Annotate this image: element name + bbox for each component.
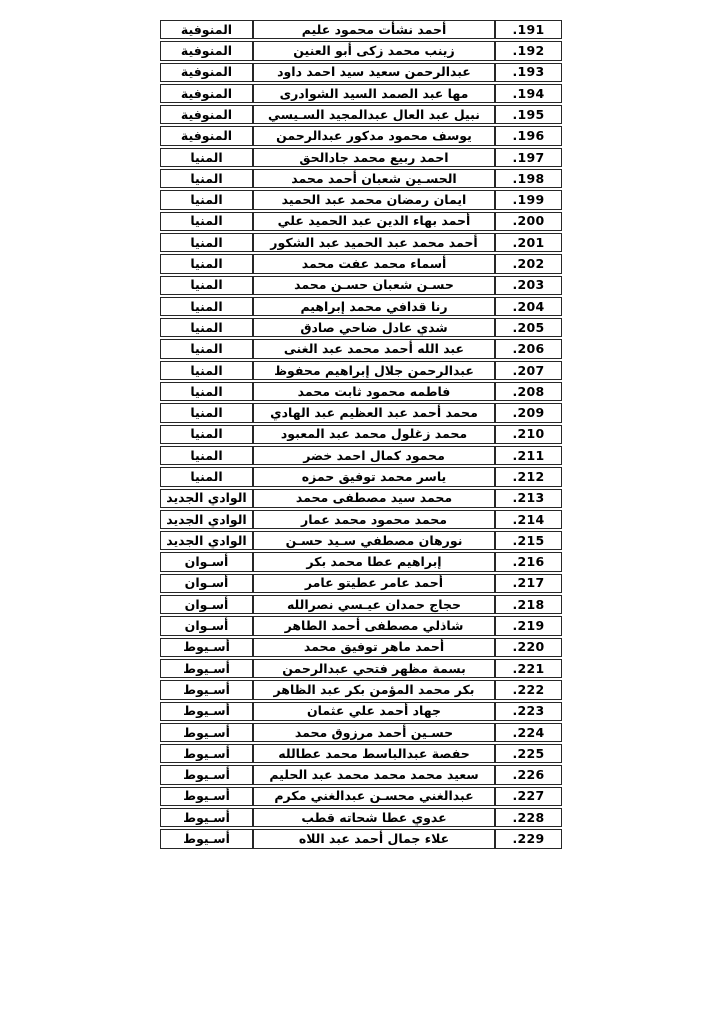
row-number-cell: .206 [495, 339, 562, 358]
table-row: .217 أحمد عامر عطيتو عامر أسـوان [160, 574, 562, 593]
person-name-cell: عبد الله أحمد محمد عبد الغنى [253, 339, 495, 358]
table-row: .194 مها عبد الصمد السيد الشوادرى المنوف… [160, 84, 562, 103]
governorate-cell: الوادي الجديد [160, 489, 253, 508]
person-name-cell: عبدالرحمن سعيد سيد احمد داود [253, 63, 495, 82]
person-name-cell: جهاد أحمد علي عثمان [253, 702, 495, 721]
table-row: .205 شدي عادل ضاحي صادق المنيا [160, 318, 562, 337]
table-row: .204 رنا قدافي محمد إبراهيم المنيا [160, 297, 562, 316]
person-name-cell: أحمد نشأت محمود عليم [253, 20, 495, 39]
names-table: .191 أحمد نشأت محمود عليم المنوفية .192 … [160, 18, 562, 851]
person-name-cell: احمد ربيع محمد جادالحق [253, 148, 495, 167]
governorate-cell: المنوفية [160, 41, 253, 60]
person-name-cell: عبدالغني محسـن عبدالغني مكرم [253, 787, 495, 806]
governorate-cell: الوادي الجديد [160, 510, 253, 529]
person-name-cell: سعيد محمد محمد محمد عبد الحليم [253, 765, 495, 784]
table-row: .227 عبدالغني محسـن عبدالغني مكرم أسـيوط [160, 787, 562, 806]
table-row: .225 حفصة عبدالباسط محمد عطالله أسـيوط [160, 744, 562, 763]
row-number-cell: .210 [495, 425, 562, 444]
governorate-cell: المنيا [160, 318, 253, 337]
table-row: .208 فاطمه محمود ثابت محمد المنيا [160, 382, 562, 401]
governorate-cell: المنيا [160, 361, 253, 380]
governorate-cell: المنيا [160, 169, 253, 188]
table-row: .219 شاذلي مصطفى أحمد الطاهر أسـوان [160, 616, 562, 635]
table-row: .207 عبدالرحمن جلال إبراهيم محفوظ المنيا [160, 361, 562, 380]
governorate-cell: أسـيوط [160, 787, 253, 806]
row-number-cell: .194 [495, 84, 562, 103]
row-number-cell: .193 [495, 63, 562, 82]
governorate-cell: أسـيوط [160, 723, 253, 742]
person-name-cell: نورهان مصطفي سـيد حسـن [253, 531, 495, 550]
row-number-cell: .211 [495, 446, 562, 465]
table-row: .200 أحمد بهاء الدين عبد الحميد علي المن… [160, 212, 562, 231]
row-number-cell: .212 [495, 467, 562, 486]
row-number-cell: .222 [495, 680, 562, 699]
governorate-cell: أسـوان [160, 595, 253, 614]
governorate-cell: المنوفية [160, 63, 253, 82]
person-name-cell: زينب محمد زكى أبو العنين [253, 41, 495, 60]
row-number-cell: .227 [495, 787, 562, 806]
row-number-cell: .195 [495, 105, 562, 124]
person-name-cell: محمد أحمد عبد العظيم عبد الهادي [253, 403, 495, 422]
person-name-cell: عدوي عطا شحاته قطب [253, 808, 495, 827]
person-name-cell: أحمد بهاء الدين عبد الحميد علي [253, 212, 495, 231]
row-number-cell: .217 [495, 574, 562, 593]
governorate-cell: المنوفية [160, 105, 253, 124]
table-row: .218 حجاج حمدان عيـسي نصرالله أسـوان [160, 595, 562, 614]
table-row: .197 احمد ربيع محمد جادالحق المنيا [160, 148, 562, 167]
person-name-cell: إبراهيم عطا محمد بكر [253, 552, 495, 571]
row-number-cell: .218 [495, 595, 562, 614]
person-name-cell: محمد زغلول محمد عبد المعبود [253, 425, 495, 444]
row-number-cell: .220 [495, 638, 562, 657]
governorate-cell: أسـيوط [160, 680, 253, 699]
table-body: .191 أحمد نشأت محمود عليم المنوفية .192 … [160, 20, 562, 849]
governorate-cell: أسـيوط [160, 829, 253, 848]
person-name-cell: حسـين أحمد مرزوق محمد [253, 723, 495, 742]
row-number-cell: .209 [495, 403, 562, 422]
person-name-cell: علاء جمال أحمد عبد اللاه [253, 829, 495, 848]
governorate-cell: المنيا [160, 297, 253, 316]
person-name-cell: الحسـين شعبان أحمد محمد [253, 169, 495, 188]
governorate-cell: أسـيوط [160, 659, 253, 678]
governorate-cell: المنيا [160, 403, 253, 422]
person-name-cell: محمد محمود محمد عمار [253, 510, 495, 529]
person-name-cell: محمود كمال احمد خضر [253, 446, 495, 465]
row-number-cell: .197 [495, 148, 562, 167]
governorate-cell: أسـيوط [160, 638, 253, 657]
row-number-cell: .199 [495, 190, 562, 209]
governorate-cell: أسـيوط [160, 744, 253, 763]
person-name-cell: شدي عادل ضاحي صادق [253, 318, 495, 337]
governorate-cell: المنيا [160, 212, 253, 231]
table-row: .214 محمد محمود محمد عمار الوادي الجديد [160, 510, 562, 529]
governorate-cell: المنوفية [160, 20, 253, 39]
table-row: .192 زينب محمد زكى أبو العنين المنوفية [160, 41, 562, 60]
row-number-cell: .203 [495, 276, 562, 295]
row-number-cell: .198 [495, 169, 562, 188]
person-name-cell: أحمد عامر عطيتو عامر [253, 574, 495, 593]
table-row: .202 أسماء محمد عفت محمد المنيا [160, 254, 562, 273]
governorate-cell: أسـيوط [160, 702, 253, 721]
governorate-cell: الوادي الجديد [160, 531, 253, 550]
person-name-cell: ايمان رمضان محمد عبد الحميد [253, 190, 495, 209]
row-number-cell: .216 [495, 552, 562, 571]
governorate-cell: المنيا [160, 467, 253, 486]
row-number-cell: .223 [495, 702, 562, 721]
table-row: .209 محمد أحمد عبد العظيم عبد الهادي الم… [160, 403, 562, 422]
table-row: .193 عبدالرحمن سعيد سيد احمد داود المنوف… [160, 63, 562, 82]
row-number-cell: .228 [495, 808, 562, 827]
row-number-cell: .225 [495, 744, 562, 763]
governorate-cell: المنيا [160, 276, 253, 295]
person-name-cell: مها عبد الصمد السيد الشوادرى [253, 84, 495, 103]
table-row: .220 أحمد ماهر توفيق محمد أسـيوط [160, 638, 562, 657]
governorate-cell: أسـيوط [160, 765, 253, 784]
table-row: .199 ايمان رمضان محمد عبد الحميد المنيا [160, 190, 562, 209]
table-row: .212 ياسر محمد توفيق حمزه المنيا [160, 467, 562, 486]
table-row: .221 بسمة مظهر فتحي عبدالرحمن أسـيوط [160, 659, 562, 678]
person-name-cell: بسمة مظهر فتحي عبدالرحمن [253, 659, 495, 678]
row-number-cell: .200 [495, 212, 562, 231]
table-row: .215 نورهان مصطفي سـيد حسـن الوادي الجدي… [160, 531, 562, 550]
governorate-cell: أسـيوط [160, 808, 253, 827]
person-name-cell: حسـن شعبان حسـن محمد [253, 276, 495, 295]
governorate-cell: أسـوان [160, 574, 253, 593]
person-name-cell: أحمد محمد عبد الحميد عبد الشكور [253, 233, 495, 252]
governorate-cell: المنوفية [160, 84, 253, 103]
person-name-cell: رنا قدافي محمد إبراهيم [253, 297, 495, 316]
row-number-cell: .214 [495, 510, 562, 529]
row-number-cell: .207 [495, 361, 562, 380]
person-name-cell: أحمد ماهر توفيق محمد [253, 638, 495, 657]
row-number-cell: .204 [495, 297, 562, 316]
row-number-cell: .221 [495, 659, 562, 678]
table-row: .191 أحمد نشأت محمود عليم المنوفية [160, 20, 562, 39]
governorate-cell: المنيا [160, 233, 253, 252]
row-number-cell: .213 [495, 489, 562, 508]
table-row: .213 محمد سيد مصطفى محمد الوادي الجديد [160, 489, 562, 508]
governorate-cell: المنيا [160, 254, 253, 273]
row-number-cell: .215 [495, 531, 562, 550]
person-name-cell: بكر محمد المؤمن بكر عبد الظاهر [253, 680, 495, 699]
governorate-cell: أسـوان [160, 552, 253, 571]
row-number-cell: .196 [495, 126, 562, 145]
governorate-cell: المنيا [160, 148, 253, 167]
person-name-cell: ياسر محمد توفيق حمزه [253, 467, 495, 486]
person-name-cell: أسماء محمد عفت محمد [253, 254, 495, 273]
row-number-cell: .191 [495, 20, 562, 39]
governorate-cell: المنيا [160, 190, 253, 209]
governorate-cell: المنيا [160, 339, 253, 358]
row-number-cell: .201 [495, 233, 562, 252]
row-number-cell: .226 [495, 765, 562, 784]
table-row: .223 جهاد أحمد علي عثمان أسـيوط [160, 702, 562, 721]
person-name-cell: نبيل عبد العال عبدالمجيد السـيسي [253, 105, 495, 124]
governorate-cell: المنيا [160, 425, 253, 444]
person-name-cell: شاذلي مصطفى أحمد الطاهر [253, 616, 495, 635]
governorate-cell: المنيا [160, 446, 253, 465]
person-name-cell: حفصة عبدالباسط محمد عطالله [253, 744, 495, 763]
person-name-cell: عبدالرحمن جلال إبراهيم محفوظ [253, 361, 495, 380]
table-row: .206 عبد الله أحمد محمد عبد الغنى المنيا [160, 339, 562, 358]
table-row: .216 إبراهيم عطا محمد بكر أسـوان [160, 552, 562, 571]
table-row: .226 سعيد محمد محمد محمد عبد الحليم أسـي… [160, 765, 562, 784]
person-name-cell: محمد سيد مصطفى محمد [253, 489, 495, 508]
table-row: .196 يوسف محمود مدكور عبدالرحمن المنوفية [160, 126, 562, 145]
table-row: .229 علاء جمال أحمد عبد اللاه أسـيوط [160, 829, 562, 848]
table-row: .195 نبيل عبد العال عبدالمجيد السـيسي ال… [160, 105, 562, 124]
person-name-cell: حجاج حمدان عيـسي نصرالله [253, 595, 495, 614]
governorate-cell: المنيا [160, 382, 253, 401]
table-row: .222 بكر محمد المؤمن بكر عبد الظاهر أسـي… [160, 680, 562, 699]
person-name-cell: فاطمه محمود ثابت محمد [253, 382, 495, 401]
person-name-cell: يوسف محمود مدكور عبدالرحمن [253, 126, 495, 145]
governorate-cell: أسـوان [160, 616, 253, 635]
table-row: .198 الحسـين شعبان أحمد محمد المنيا [160, 169, 562, 188]
table-row: .201 أحمد محمد عبد الحميد عبد الشكور الم… [160, 233, 562, 252]
document-page: .191 أحمد نشأت محمود عليم المنوفية .192 … [0, 0, 720, 1018]
table-row: .211 محمود كمال احمد خضر المنيا [160, 446, 562, 465]
row-number-cell: .205 [495, 318, 562, 337]
table-row: .224 حسـين أحمد مرزوق محمد أسـيوط [160, 723, 562, 742]
row-number-cell: .192 [495, 41, 562, 60]
row-number-cell: .229 [495, 829, 562, 848]
governorate-cell: المنوفية [160, 126, 253, 145]
table-row: .210 محمد زغلول محمد عبد المعبود المنيا [160, 425, 562, 444]
table-row: .203 حسـن شعبان حسـن محمد المنيا [160, 276, 562, 295]
row-number-cell: .202 [495, 254, 562, 273]
row-number-cell: .219 [495, 616, 562, 635]
row-number-cell: .224 [495, 723, 562, 742]
table-row: .228 عدوي عطا شحاته قطب أسـيوط [160, 808, 562, 827]
row-number-cell: .208 [495, 382, 562, 401]
